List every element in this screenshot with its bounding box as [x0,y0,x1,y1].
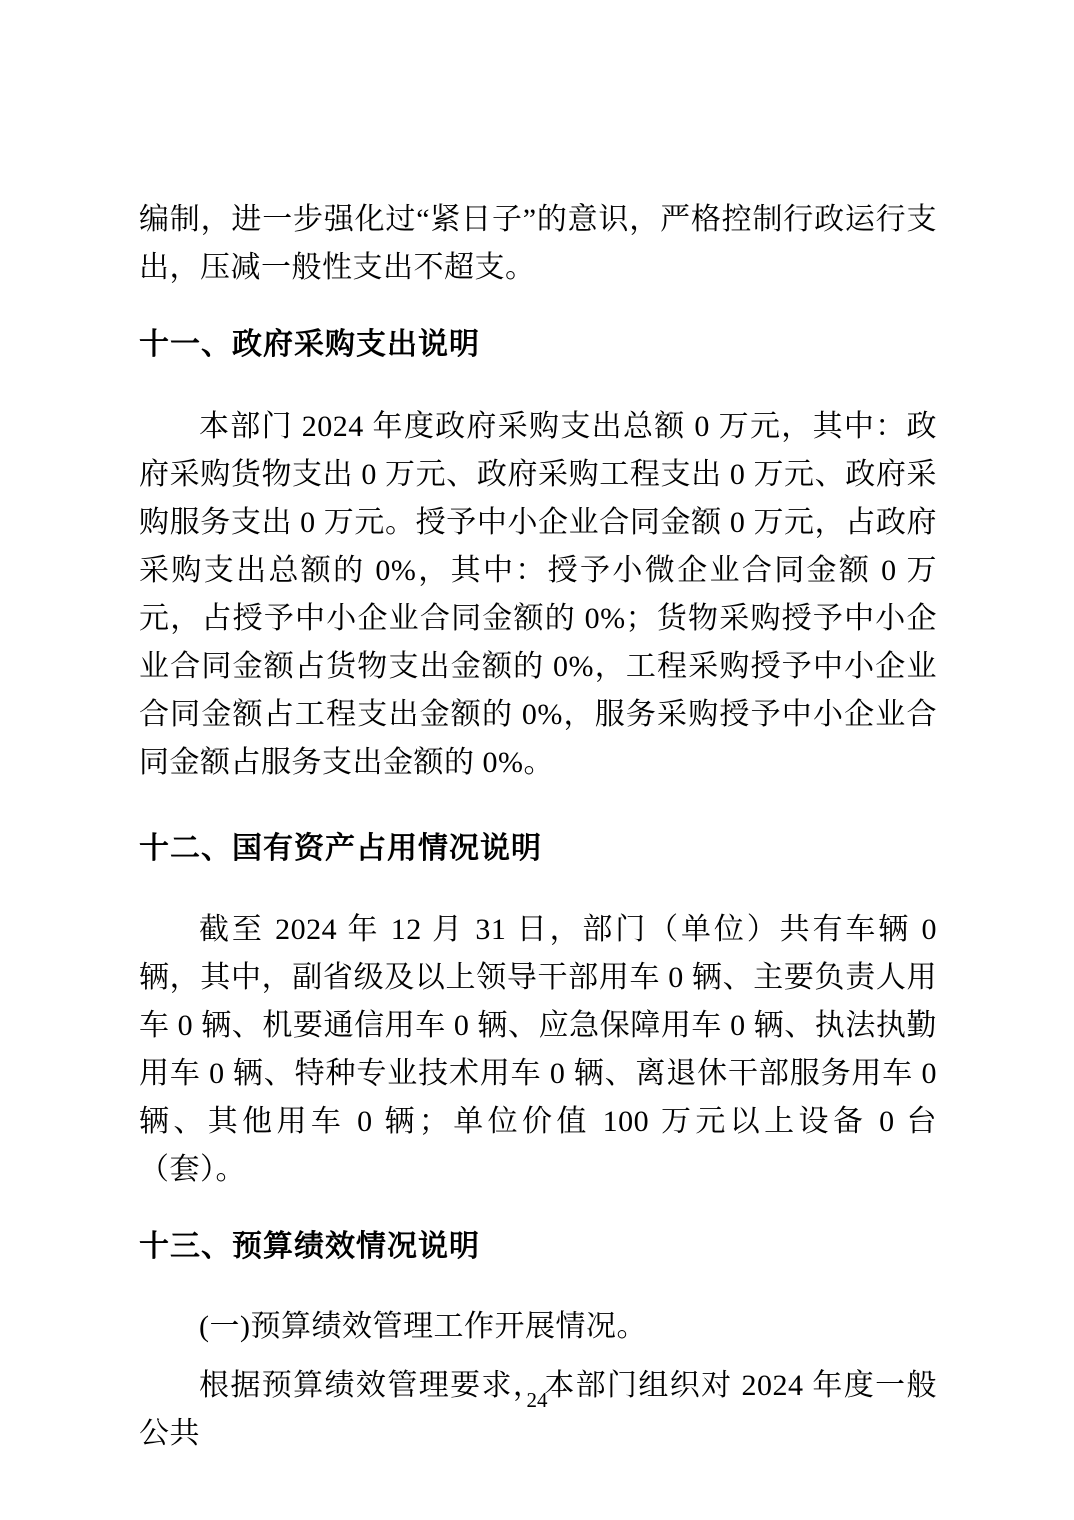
section-paragraph-government-procurement: 本部门 2024 年度政府采购支出总额 0 万元，其中：政府采购货物支出 0 万… [139,403,937,787]
page-content: 编制，进一步强化过“紧日子”的意识，严格控制行政运行支出，压减一般性支出不超支。… [139,196,937,1458]
section-subheading-performance-management: (一)预算绩效管理工作开展情况。 [139,1303,937,1351]
continuation-paragraph: 编制，进一步强化过“紧日子”的意识，严格控制行政运行支出，压减一般性支出不超支。 [139,196,937,292]
section-paragraph-state-assets: 截至 2024 年 12 月 31 日，部门（单位）共有车辆 0 辆，其中，副省… [139,906,937,1194]
document-page: 编制，进一步强化过“紧日子”的意识，严格控制行政运行支出，压减一般性支出不超支。… [0,0,1074,1520]
section-heading-budget-performance: 十三、预算绩效情况说明 [139,1225,937,1269]
page-number: 24 [0,1388,1074,1412]
section-heading-state-assets: 十二、国有资产占用情况说明 [139,827,937,871]
section-heading-government-procurement: 十一、政府采购支出说明 [139,323,937,367]
